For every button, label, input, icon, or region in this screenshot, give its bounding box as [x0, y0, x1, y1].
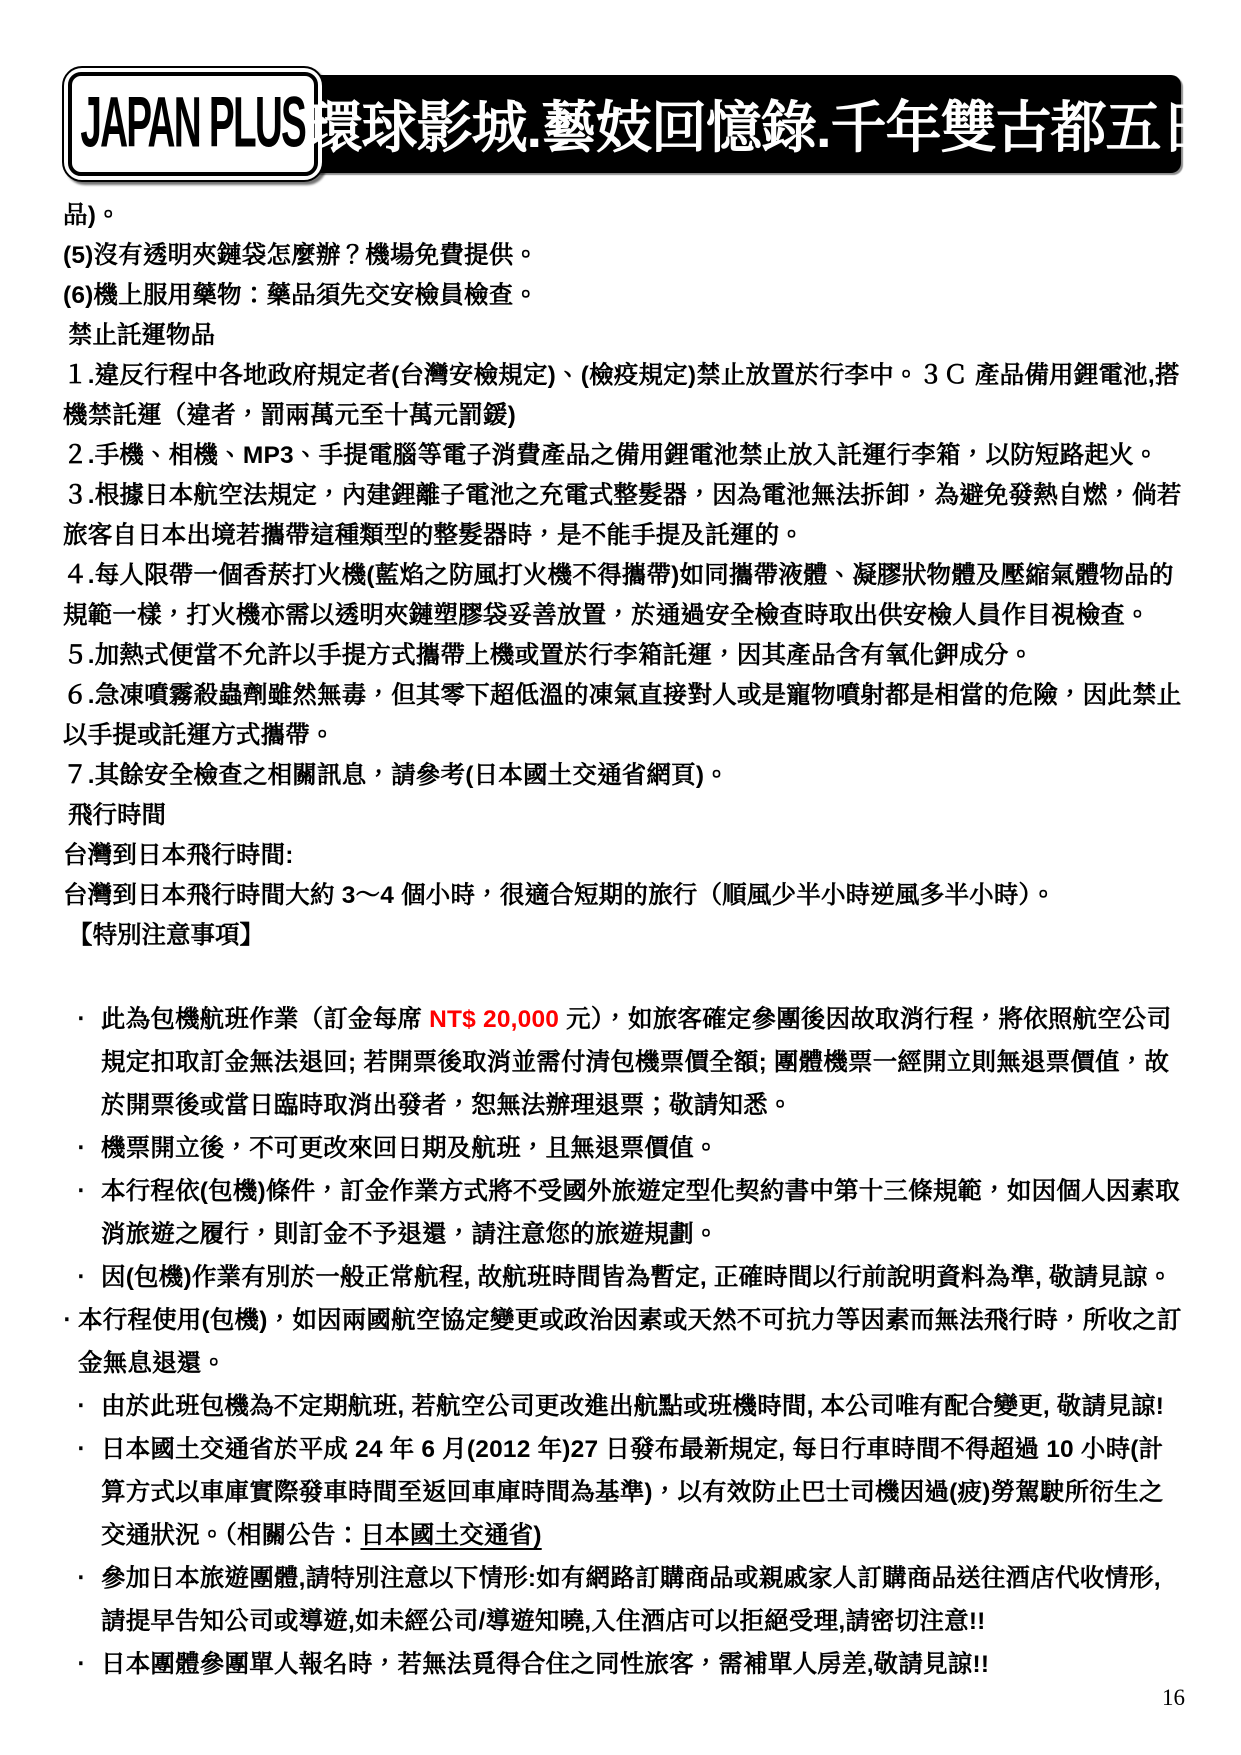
- note-text: 本行程使用(包機)，如因兩國航空協定變更或政治因素或天然不可抗力等因素而無法飛行…: [78, 1307, 1182, 1377]
- bullet-icon: ‧: [77, 1170, 85, 1213]
- prohibited-item: ２.手機、相機、MP3、手提電腦等電子消費產品之備用鋰電池禁止放入託運行李箱，以…: [63, 436, 1183, 476]
- note-item: ‧ 日本團體參團單人報名時，若無法覓得合住之同性旅客，需補單人房差,敬請見諒!!: [63, 1643, 1183, 1686]
- prohibited-item: ３.根據日本航空法規定，內建鋰離子電池之充電式整髮器，因為電池無法拆卸，為避免發…: [63, 476, 1183, 556]
- bullet-icon: ‧: [63, 1299, 71, 1342]
- note-item: ‧ 由於此班包機為不定期航班, 若航空公司更改進出航點或班機時間, 本公司唯有配…: [63, 1385, 1183, 1428]
- mlit-link[interactable]: 日本國土交通省): [360, 1522, 541, 1549]
- note-text: 因(包機)作業有別於一般正常航程, 故航班時間皆為暫定, 正確時間以行前說明資料…: [101, 1264, 1172, 1291]
- note-item: ‧ 機票開立後，不可更改來回日期及航班，且無退票價值。: [63, 1127, 1183, 1170]
- bullet-icon: ‧: [77, 1643, 85, 1686]
- note-text: 此為包機航班作業（訂金每席: [101, 1006, 429, 1033]
- note-item: ‧ 參加日本旅遊團體,請特別注意以下情形:如有網路訂購商品或親戚家人訂購商品送往…: [63, 1557, 1183, 1643]
- bullet-icon: ‧: [77, 1428, 85, 1471]
- note-item: ‧ 日本國土交通省於平成 24 年 6 月(2012 年)27 日發布最新規定,…: [63, 1428, 1183, 1557]
- note-text: 機票開立後，不可更改來回日期及航班，且無退票價值。: [101, 1135, 719, 1162]
- bullet-icon: ‧: [77, 1256, 85, 1299]
- japan-plus-logo: JAPAN PLUS: [62, 66, 324, 182]
- flight-section-heading: 飛行時間: [63, 796, 1183, 836]
- note-item: ‧ 因(包機)作業有別於一般正常航程, 故航班時間皆為暫定, 正確時間以行前說明…: [63, 1256, 1183, 1299]
- prohibited-item: ５.加熱式便當不允許以手提方式攜帶上機或置於行李箱託運，因其產品含有氧化鉀成分。: [63, 636, 1183, 676]
- flight-info-line: 台灣到日本飛行時間大約 3～4 個小時，很適合短期的旅行（順風少半小時逆風多半小…: [63, 876, 1183, 916]
- special-notes-list: ‧ 此為包機航班作業（訂金每席 NT$ 20,000 元），如旅客確定參團後因故…: [63, 998, 1183, 1686]
- special-notes-heading: 【特別注意事項】: [63, 916, 1183, 956]
- note-item: ‧ 本行程依(包機)條件，訂金作業方式將不受國外旅遊定型化契約書中第十三條規範，…: [63, 1170, 1183, 1256]
- page-number: 16: [1162, 1685, 1185, 1711]
- note-item: ‧ 此為包機航班作業（訂金每席 NT$ 20,000 元），如旅客確定參團後因故…: [63, 998, 1183, 1127]
- bullet-icon: ‧: [77, 1385, 85, 1428]
- intro-line: (5)沒有透明夾鏈袋怎麼辦？機場免費提供。: [63, 236, 1183, 276]
- japan-plus-logo-frame: JAPAN PLUS: [68, 72, 318, 176]
- bullet-icon: ‧: [77, 998, 85, 1041]
- intro-line: 品)。: [63, 196, 1183, 236]
- note-text: 本行程依(包機)條件，訂金作業方式將不受國外旅遊定型化契約書中第十三條規範，如因…: [101, 1178, 1180, 1248]
- header-banner: JAPAN PLUS 環球影城.藝妓回憶錄.千年雙古都五日: [62, 66, 1181, 182]
- page-title: 環球影城.藝妓回憶錄.千年雙古都五日: [347, 75, 1175, 173]
- bullet-icon: ‧: [77, 1127, 85, 1170]
- prohibited-item: ４.每人限帶一個香菸打火機(藍焰之防風打火機不得攜帶)如同攜帶液體、凝膠狀物體及…: [63, 556, 1183, 636]
- prohibited-item: ６.急凍噴霧殺蟲劑雖然無毒，但其零下超低溫的凍氣直接對人或是寵物噴射都是相當的危…: [63, 676, 1183, 756]
- document-page: JAPAN PLUS 環球影城.藝妓回憶錄.千年雙古都五日 品)。 (5)沒有透…: [0, 0, 1241, 1755]
- deposit-amount-highlight: NT$ 20,000: [429, 1006, 559, 1033]
- note-text: 參加日本旅遊團體,請特別注意以下情形:如有網路訂購商品或親戚家人訂購商品送往酒店…: [101, 1565, 1161, 1635]
- flight-info-line: 台灣到日本飛行時間:: [63, 836, 1183, 876]
- prohibited-section-heading: 禁止託運物品: [63, 316, 1183, 356]
- prohibited-item: １.違反行程中各地政府規定者(台灣安檢規定)、(檢疫規定)禁止放置於行李中。３Ｃ…: [63, 356, 1183, 436]
- note-item: ‧ 本行程使用(包機)，如因兩國航空協定變更或政治因素或天然不可抗力等因素而無法…: [63, 1299, 1183, 1385]
- document-content: 品)。 (5)沒有透明夾鏈袋怎麼辦？機場免費提供。 (6)機上服用藥物：藥品須先…: [0, 182, 1241, 1686]
- note-text: 日本團體參團單人報名時，若無法覓得合住之同性旅客，需補單人房差,敬請見諒!!: [101, 1651, 989, 1678]
- japan-plus-logo-text: JAPAN PLUS: [81, 84, 306, 165]
- bullet-icon: ‧: [77, 1557, 85, 1600]
- prohibited-item: ７.其餘安全檢查之相關訊息，請參考(日本國土交通省網頁)。: [63, 756, 1183, 796]
- note-text: 日本國土交通省於平成 24 年 6 月(2012 年)27 日發布最新規定, 每…: [101, 1436, 1163, 1549]
- intro-line: (6)機上服用藥物：藥品須先交安檢員檢查。: [63, 276, 1183, 316]
- note-text: 由於此班包機為不定期航班, 若航空公司更改進出航點或班機時間, 本公司唯有配合變…: [101, 1393, 1164, 1420]
